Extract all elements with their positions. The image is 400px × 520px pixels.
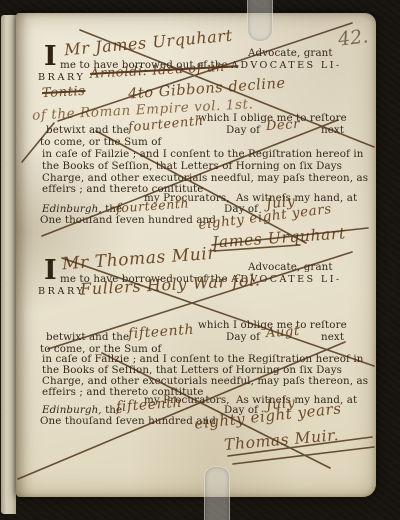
drop-cap-initial: I [44,258,57,284]
handwritten-signed-day: fourteenth [116,195,190,215]
printed-day-of: Day of [226,125,260,136]
printed-failzie: in caſe of Failzie ; and I conſent to th… [42,149,363,160]
printed-day-of: Day of [226,332,260,343]
previous-page-edge [1,15,16,514]
printed-advocates-li: ADVOCATES LI- [231,60,341,71]
printed-one-thousand: One thouſand ſeven hundred and [40,416,216,427]
printed-next: next [321,332,344,343]
printed-next: next [321,125,344,136]
photograph-of-ledger-page: { "page_number": "42.", "printed": { "in… [0,0,400,520]
printed-betwixt: betwixt and the [46,125,129,136]
page-holder-tab-bottom [204,466,230,520]
folio-number: 42. [337,25,370,51]
page-holder-tab-top [247,0,273,42]
printed-betwixt: betwixt and the [46,332,129,343]
handwritten-due-month: Decr [266,117,301,134]
printed-books-session: the Books of Seſſion, that Letters of Ho… [42,161,342,172]
handwritten-struck-title-2: Tontis [42,84,86,101]
handwritten-borrower-name: Mr James Urquhart [63,26,233,60]
printed-advocate-grant: Advocate, grant [248,48,333,59]
printed-brary: BRARY [38,72,85,83]
printed-advocate-grant: Advocate, grant [248,262,333,273]
drop-cap-initial: I [44,44,57,70]
handwritten-due-month: Augt [266,324,301,341]
handwritten-signature: Thomas Muir. [223,426,339,454]
handwritten-signed-day: fifteenth [116,395,183,416]
printed-brary: BRARY [38,286,85,297]
handwritten-due-day: fifteenth [128,322,195,343]
ledger-page: 42. I Mr James Urquhart Advocate, grant … [16,13,376,497]
printed-one-thousand: One thouſand ſeven hundred and [40,215,216,226]
handwritten-borrower-name: Mr Thomas Muir [61,244,216,275]
printed-sum: to come, or the Sum of [40,137,161,148]
